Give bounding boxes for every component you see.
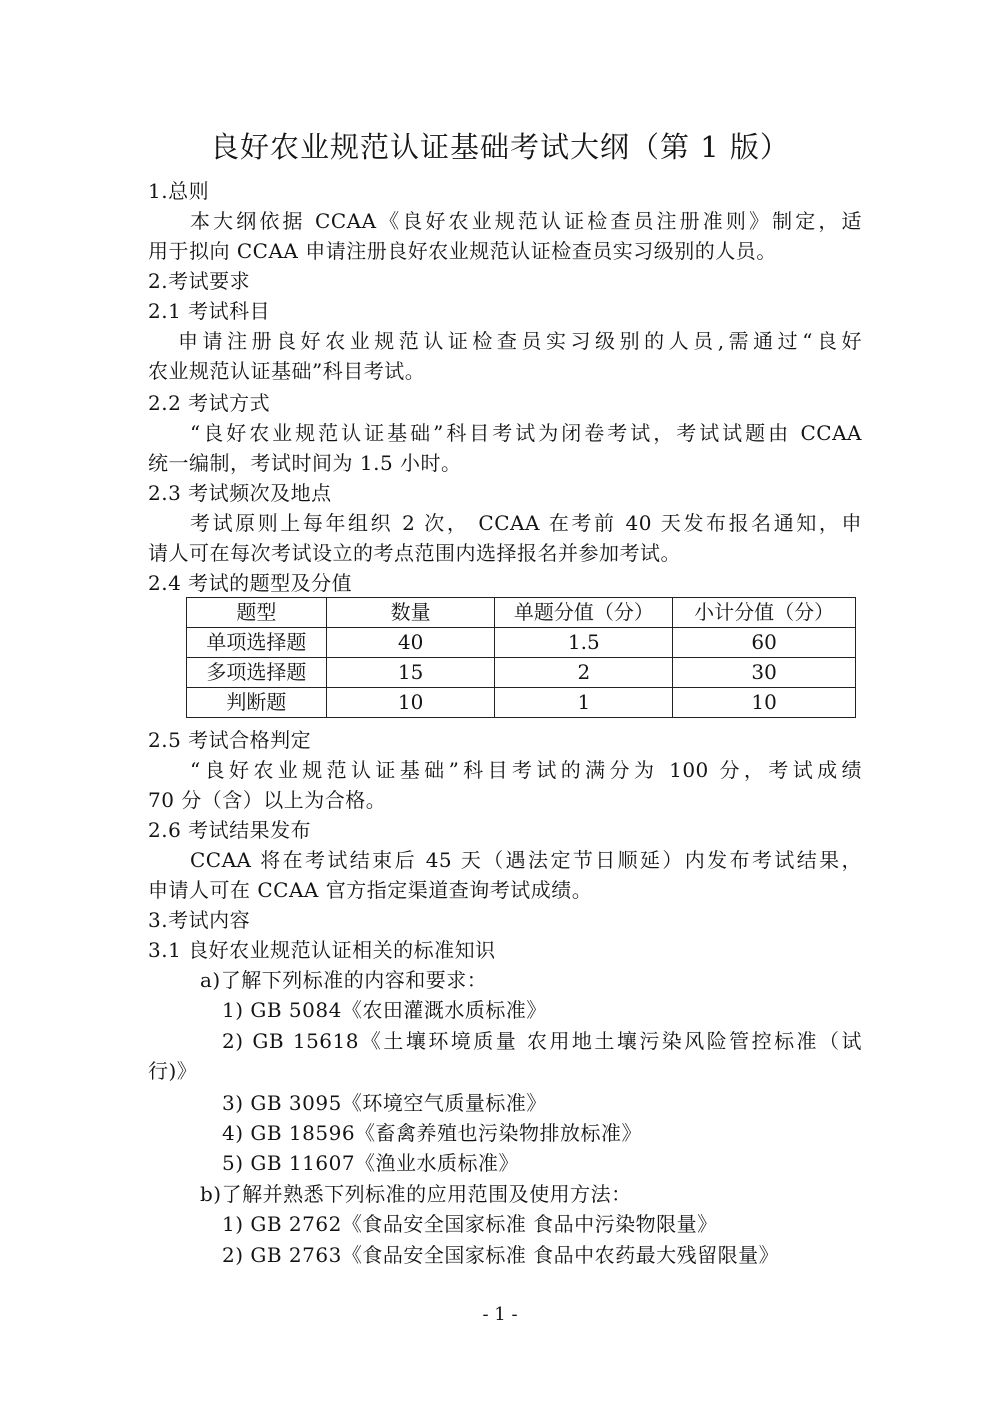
exam-score-table: 题型 数量 单题分值（分） 小计分值（分） 单项选择题 40 1.5 60 多项… — [186, 597, 856, 718]
text-line: 1) GB 2762《食品安全国家标准 食品中污染物限量》 — [222, 1209, 862, 1239]
table-cell: 1.5 — [495, 628, 673, 658]
text-line: 考试原则上每年组织 2 次， CCAA 在考前 40 天发布报名通知，申 — [190, 508, 862, 538]
table-row: 多项选择题 15 2 30 — [187, 658, 856, 688]
table-cell: 15 — [326, 658, 495, 688]
text-line: 本大纲依据 CCAA《良好农业规范认证检查员注册准则》制定，适 — [190, 206, 862, 236]
table-cell: 10 — [326, 688, 495, 718]
text-line: 申请注册良好农业规范认证检查员实习级别的人员,需通过“良好 — [178, 326, 862, 356]
table-cell: 40 — [326, 628, 495, 658]
text-line: 70 分（含）以上为合格。 — [148, 785, 862, 815]
document-page: 良好农业规范认证基础考试大纲（第 1 版） 1.总则本大纲依据 CCAA《良好农… — [0, 0, 1000, 1414]
text-line: 3) GB 3095《环境空气质量标准》 — [222, 1088, 862, 1118]
text-line: 2.1 考试科目 — [148, 296, 862, 326]
text-line: “良好农业规范认证基础”科目考试的满分为 100 分，考试成绩 — [190, 755, 862, 785]
text-line: a)了解下列标准的内容和要求： — [200, 965, 862, 995]
table-header-row: 题型 数量 单题分值（分） 小计分值（分） — [187, 598, 856, 628]
document-title: 良好农业规范认证基础考试大纲（第 1 版） — [0, 127, 1000, 167]
table-header-cell: 数量 — [326, 598, 495, 628]
table-cell: 60 — [673, 628, 856, 658]
text-line: “良好农业规范认证基础”科目考试为闭卷考试，考试试题由 CCAA — [190, 418, 862, 448]
text-line: 2.3 考试频次及地点 — [148, 478, 862, 508]
text-line: 3.考试内容 — [148, 905, 862, 935]
text-line: 2) GB 15618《土壤环境质量 农用地土壤污染风险管控标准（试 — [222, 1026, 862, 1056]
text-line: 行)》 — [148, 1056, 862, 1086]
table-row: 判断题 10 1 10 — [187, 688, 856, 718]
text-line: 统一编制，考试时间为 1.5 小时。 — [148, 448, 862, 478]
text-line: 1.总则 — [148, 176, 862, 206]
text-line: 2.2 考试方式 — [148, 388, 862, 418]
table-cell: 多项选择题 — [187, 658, 327, 688]
text-line: 请人可在每次考试设立的考点范围内选择报名并参加考试。 — [148, 538, 862, 568]
text-line: CCAA 将在考试结束后 45 天（遇法定节日顺延）内发布考试结果， — [190, 845, 862, 875]
table-header-cell: 题型 — [187, 598, 327, 628]
text-line: 2.考试要求 — [148, 266, 862, 296]
table-row: 单项选择题 40 1.5 60 — [187, 628, 856, 658]
text-line: 3.1 良好农业规范认证相关的标准知识 — [148, 935, 862, 965]
table-header-cell: 小计分值（分） — [673, 598, 856, 628]
text-line: 农业规范认证基础”科目考试。 — [148, 356, 862, 386]
table-header-cell: 单题分值（分） — [495, 598, 673, 628]
table-cell: 2 — [495, 658, 673, 688]
table-cell: 判断题 — [187, 688, 327, 718]
text-line: b)了解并熟悉下列标准的应用范围及使用方法： — [200, 1179, 862, 1209]
text-line: 2) GB 2763《食品安全国家标准 食品中农药最大残留限量》 — [222, 1240, 862, 1270]
text-line: 2.6 考试结果发布 — [148, 815, 862, 845]
text-line: 2.4 考试的题型及分值 — [148, 568, 862, 598]
table-cell: 10 — [673, 688, 856, 718]
table-cell: 单项选择题 — [187, 628, 327, 658]
table-cell: 1 — [495, 688, 673, 718]
text-line: 2.5 考试合格判定 — [148, 725, 862, 755]
table-cell: 30 — [673, 658, 856, 688]
page-number: - 1 - — [0, 1303, 1000, 1327]
text-line: 5) GB 11607《渔业水质标准》 — [222, 1148, 862, 1178]
text-line: 用于拟向 CCAA 申请注册良好农业规范认证检查员实习级别的人员。 — [148, 236, 862, 266]
text-line: 1) GB 5084《农田灌溉水质标准》 — [222, 995, 862, 1025]
text-line: 申请人可在 CCAA 官方指定渠道查询考试成绩。 — [148, 875, 862, 905]
text-line: 4) GB 18596《畜禽养殖也污染物排放标准》 — [222, 1118, 862, 1148]
